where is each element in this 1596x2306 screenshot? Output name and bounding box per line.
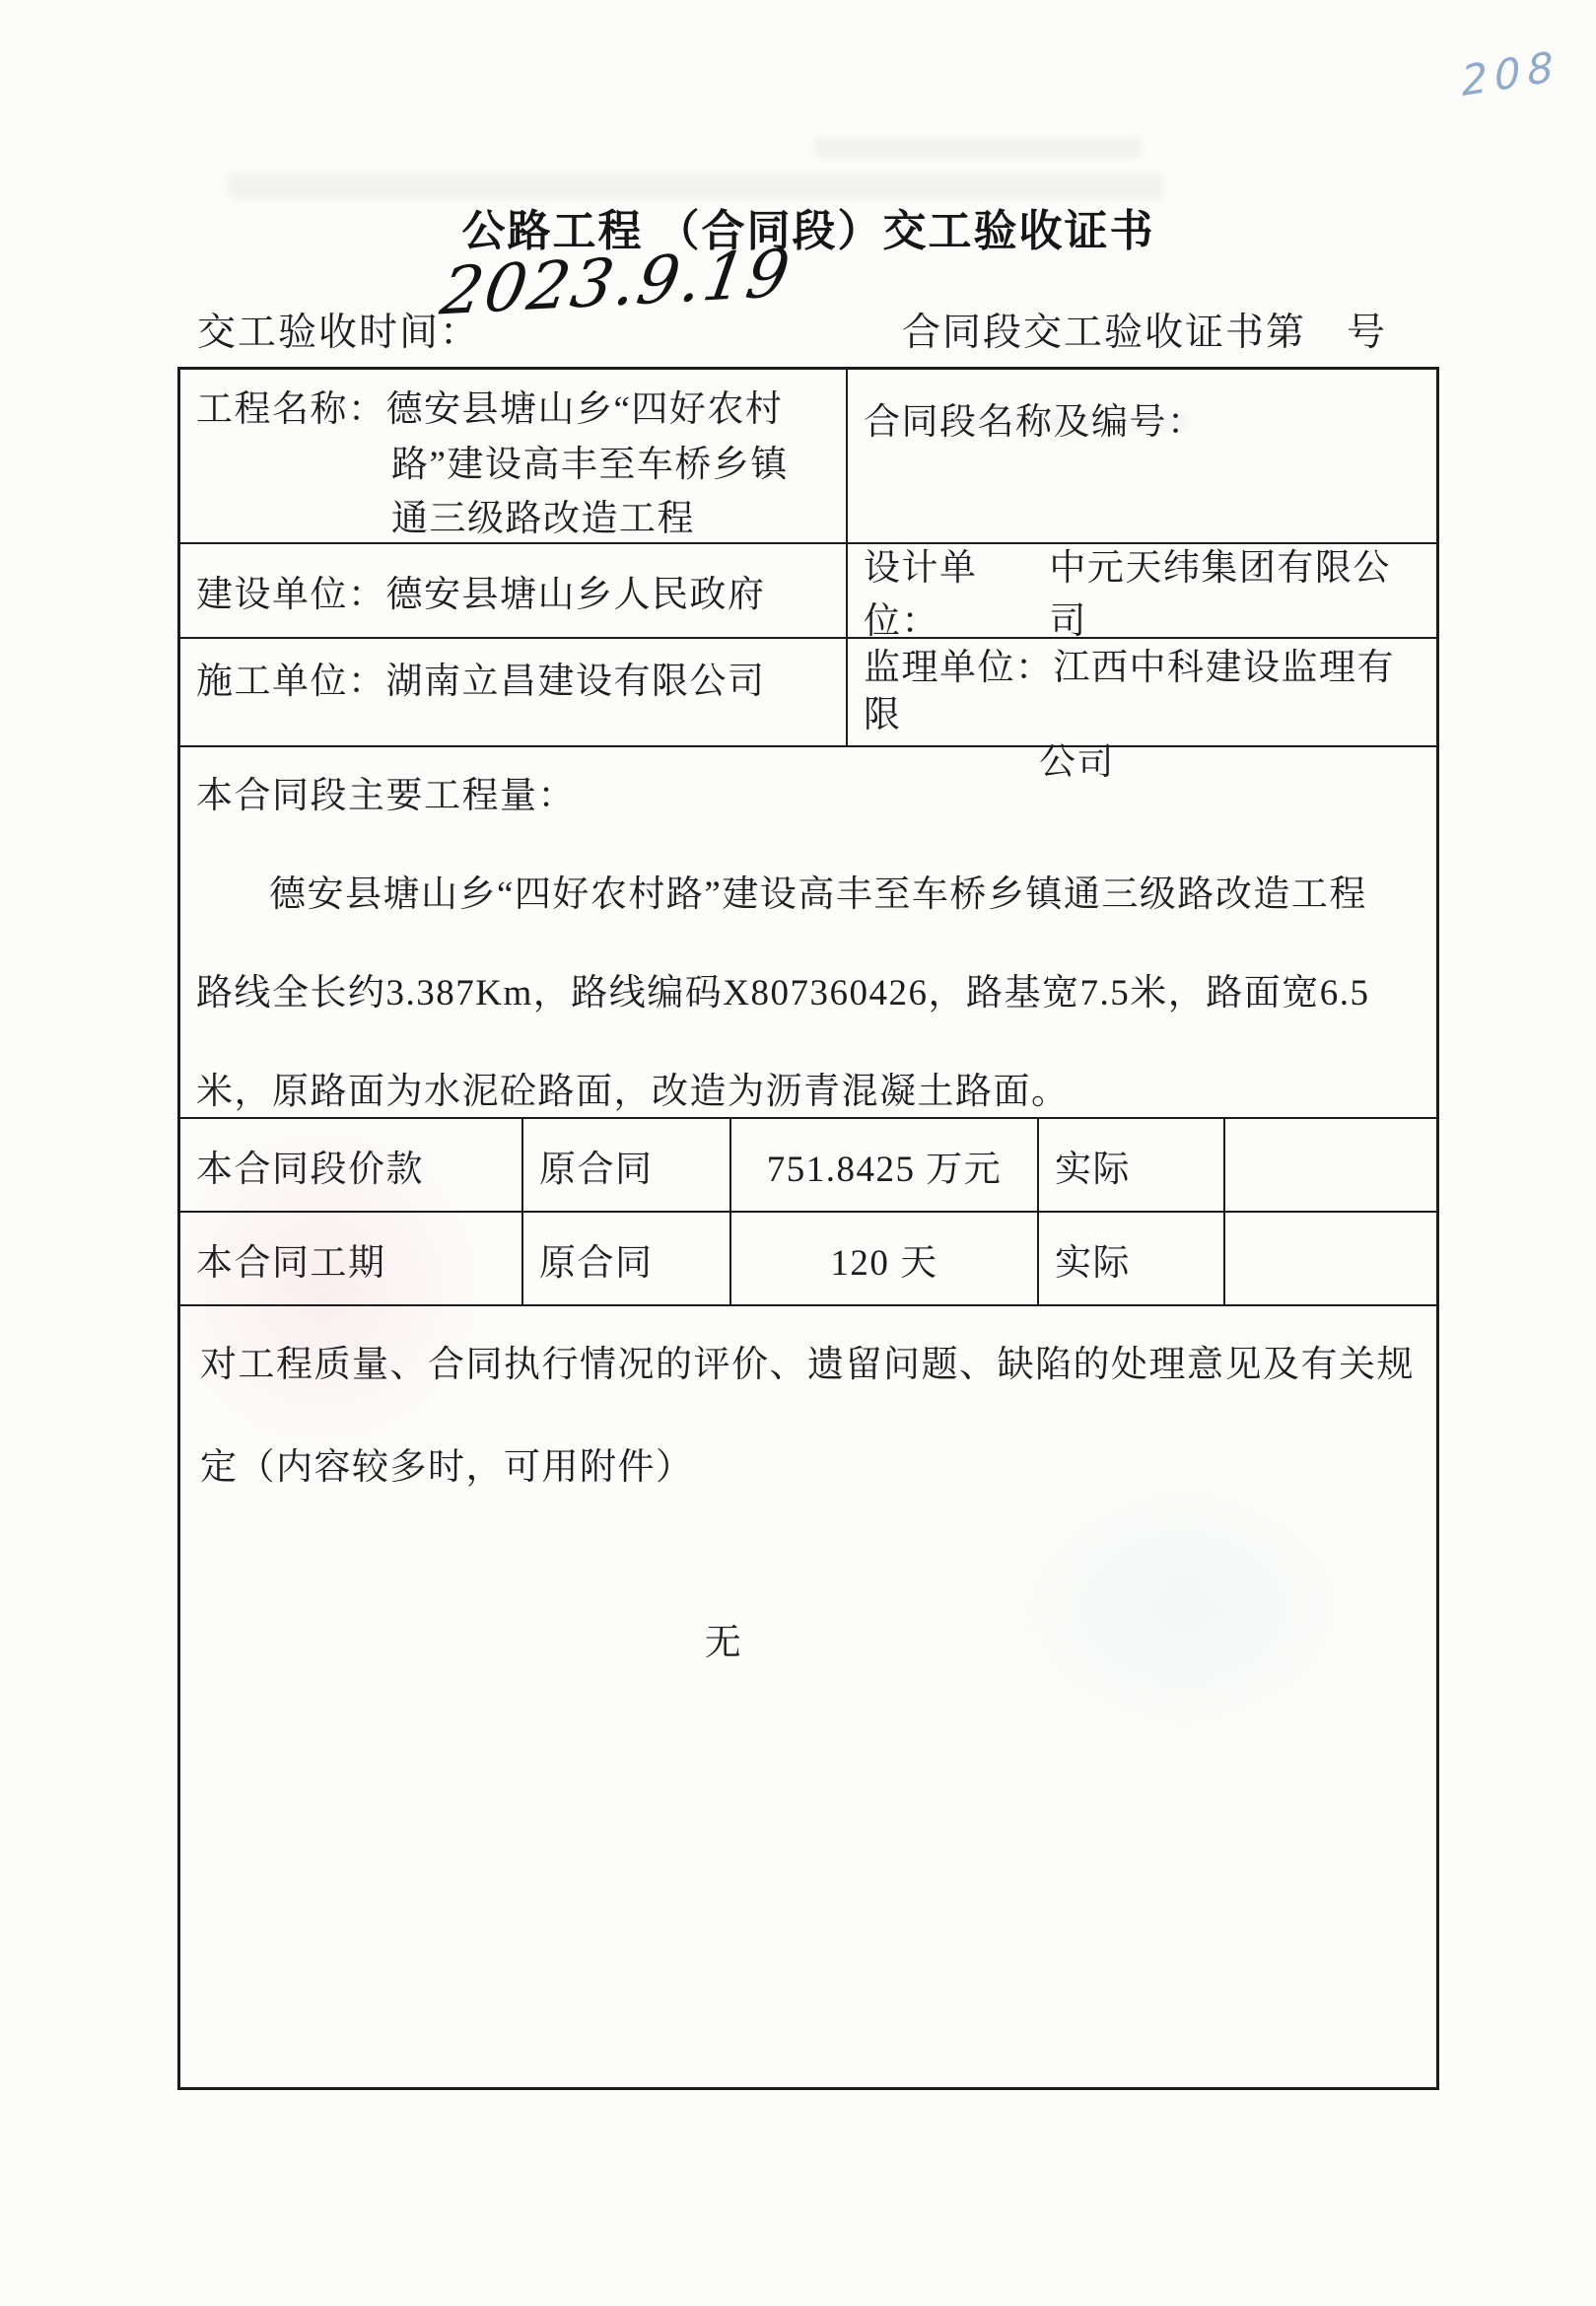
evaluation-cell: 对工程质量、合同执行情况的评价、遗留问题、缺陷的处理意见及有关规 定（内容较多时… xyxy=(180,1306,1436,2087)
contractor-value: 湖南立昌建设有限公司 xyxy=(386,662,766,702)
project-name-label: 工程名称： xyxy=(196,389,386,430)
supervisor-cell: 监理单位：江西中科建设监理有限 公司 xyxy=(846,639,1436,745)
evaluation-prompt-line2: 定（内容较多时，可用附件） xyxy=(200,1417,1417,1519)
duration-actual-value xyxy=(1223,1213,1436,1304)
price-original-value: 751.8425 万元 xyxy=(729,1119,1037,1211)
project-name-line1: 工程名称：德安县塘山乡“四好农村 xyxy=(196,383,830,438)
evaluation-content: 无 xyxy=(115,1622,1332,1665)
scan-artifact xyxy=(814,138,1142,158)
designer-cell: 设计单位：中元天纬集团有限公司 xyxy=(846,544,1436,637)
handwritten-page-number: 208 xyxy=(1460,41,1561,105)
project-name-cell: 工程名称：德安县塘山乡“四好农村 路”建设高丰至车桥乡镇 通三级路改造工程 xyxy=(180,370,846,542)
designer-value: 中元天纬集团有限公司 xyxy=(1049,537,1421,644)
project-name-value-part1: 德安县塘山乡“四好农村 xyxy=(386,389,784,430)
duration-original-label: 原合同 xyxy=(521,1213,729,1304)
builder-value: 德安县塘山乡人民政府 xyxy=(386,564,766,617)
project-name-line2: 路”建设高丰至车桥乡镇 xyxy=(196,438,830,493)
table-row-contract-duration: 本合同工期 原合同 120 天 实际 xyxy=(180,1211,1436,1304)
supervisor-label: 监理单位： xyxy=(864,648,1054,688)
main-quantities-heading: 本合同段主要工程量： xyxy=(196,747,1421,846)
table-row-main-quantities: 本合同段主要工程量： 德安县塘山乡“四好农村路”建设高丰至车桥乡镇通三级路改造工… xyxy=(180,745,1436,1117)
price-actual-value xyxy=(1223,1119,1436,1211)
main-quantities-cell: 本合同段主要工程量： 德安县塘山乡“四好农村路”建设高丰至车桥乡镇通三级路改造工… xyxy=(180,747,1436,1117)
document-title: 公路工程 （合同段）交工验收证书 xyxy=(177,195,1439,258)
table-row-project-name: 工程名称：德安县塘山乡“四好农村 路”建设高丰至车桥乡镇 通三级路改造工程 合同… xyxy=(180,370,1436,542)
contract-section-label: 合同段名称及编号： xyxy=(864,402,1206,443)
table-row-contract-price: 本合同段价款 原合同 751.8425 万元 实际 xyxy=(180,1117,1436,1211)
project-name-line3: 通三级路改造工程 xyxy=(196,492,830,547)
scanned-document-page: 208 公路工程 （合同段）交工验收证书 交工验收时间： 2023.9.19 合… xyxy=(0,0,1596,2306)
supervisor-line1: 监理单位：江西中科建设监理有限 xyxy=(864,645,1421,739)
table-row-evaluation: 对工程质量、合同执行情况的评价、遗留问题、缺陷的处理意见及有关规 定（内容较多时… xyxy=(180,1304,1436,2087)
builder-cell: 建设单位：德安县塘山乡人民政府 xyxy=(180,544,846,637)
acceptance-form-table: 工程名称：德安县塘山乡“四好农村 路”建设高丰至车桥乡镇 通三级路改造工程 合同… xyxy=(177,367,1439,2090)
main-quantities-text-line1: 德安县塘山乡“四好农村路”建设高丰至车桥乡镇通三级路改造工程 xyxy=(196,846,1421,944)
duration-actual-label: 实际 xyxy=(1037,1213,1223,1304)
certificate-number-text: 合同段交工验收证书第 号 xyxy=(902,302,1387,357)
designer-label: 设计单位： xyxy=(864,537,1049,644)
contractor-cell: 施工单位：湖南立昌建设有限公司 xyxy=(180,639,846,745)
contract-section-cell: 合同段名称及编号： xyxy=(846,370,1436,542)
table-row-contractor-supervisor: 施工单位：湖南立昌建设有限公司 监理单位：江西中科建设监理有限 公司 xyxy=(180,637,1436,745)
price-row-label: 本合同段价款 xyxy=(180,1119,521,1211)
duration-original-value: 120 天 xyxy=(729,1213,1037,1304)
price-actual-label: 实际 xyxy=(1037,1119,1223,1211)
evaluation-prompt-line1: 对工程质量、合同执行情况的评价、遗留问题、缺陷的处理意见及有关规 xyxy=(200,1314,1417,1417)
main-quantities-text-line2: 路线全长约3.387Km，路线编码X807360426，路基宽7.5米，路面宽6… xyxy=(196,944,1421,1043)
price-original-label: 原合同 xyxy=(521,1119,729,1211)
table-row-builder-designer: 建设单位：德安县塘山乡人民政府 设计单位：中元天纬集团有限公司 xyxy=(180,542,1436,637)
builder-label: 建设单位： xyxy=(196,564,386,617)
duration-row-label: 本合同工期 xyxy=(180,1213,521,1304)
contractor-label: 施工单位： xyxy=(196,662,386,702)
